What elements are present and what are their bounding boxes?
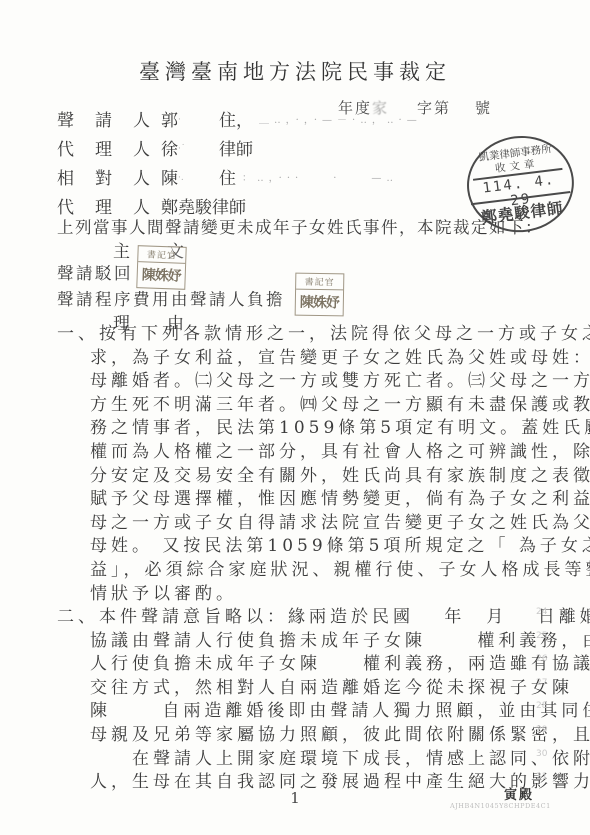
- text-line: 人行使負擔未成年子女陳 權利義務，兩造雖有協議會面: [90, 653, 590, 677]
- text-line: 權而為人格權之一部分，具有社會人格之可辨識性，除與身: [90, 441, 590, 465]
- margin-line-number: 30: [536, 743, 547, 767]
- text-line: 務之情事者，民法第1059條第5項定有明文。蓋姓氏屬姓名: [90, 417, 590, 441]
- party-row-applicant: 聲 請 人 郭· 住， ＿‥，·，·—－·‥，‥·—: [57, 106, 537, 135]
- party-address-label: 住，: [219, 106, 253, 131]
- reason-paragraph-2: 二、本件聲請意旨略以：緣兩造於民國 年 月 日離婚，兩造 協議由聲請人行使負擔未…: [0, 606, 590, 795]
- party-role: 代 理 人: [57, 135, 161, 160]
- text-line: 求，為子女利益，宣告變更子女之姓氏為父姓或母姓：㈠父: [90, 347, 590, 371]
- text-line: 母親及兄弟等家屬協力照顧，彼此間依附關係緊密，且陳: [90, 724, 590, 748]
- clerk-stamp-title: 書記官: [296, 274, 343, 291]
- margin-line-number: 25: [536, 625, 547, 649]
- footer-right-mark: 寅殿: [504, 784, 534, 803]
- page-title: 臺灣臺南地方法院民事裁定: [0, 56, 590, 86]
- margin-line-number: 29: [536, 719, 547, 743]
- redacted-address: ＿‥，·，·—－·‥，‥·—: [259, 111, 422, 126]
- margin-line-number: 27: [536, 672, 547, 696]
- text-line: 二、本件聲請意旨略以：緣兩造於民國 年 月 日離婚，兩造: [57, 606, 590, 630]
- ruling-line-dismissal: 聲請駁回: [57, 260, 133, 284]
- party-address-label: 住: [219, 164, 236, 189]
- text-line: 母之一方或子女自得請求法院宣告變更子女之姓氏為父姓或: [90, 512, 590, 536]
- text-line: 分安定及交易安全有關外，姓氏尚具有家族制度之表徵，故: [90, 465, 590, 489]
- text-line: 陳 自兩造離婚後即由聲請人獨力照顧，並由其同住之父: [90, 700, 590, 724]
- text-line: 一、按有下列各款情形之一，法院得依父母之一方或子女之請: [57, 323, 590, 347]
- clerk-stamp-name: 陳姝妤: [137, 262, 185, 289]
- text-line: 方生死不明滿三年者。㈣父母之一方顯有未盡保護或教養義: [90, 394, 590, 418]
- reason-paragraph-1: 一、按有下列各款情形之一，法院得依父母之一方或子女之請 求，為子女利益，宣告變更…: [0, 323, 590, 606]
- text-line: 協議由聲請人行使負擔未成年子女陳 權利義務，由相對: [90, 630, 590, 654]
- ruling-line-costs: 聲請程序費用由聲請人負擔: [57, 286, 285, 310]
- margin-line-number: 26: [536, 648, 547, 672]
- party-role: 相 對 人: [57, 164, 161, 189]
- text-line: 母離婚者。㈡父母之一方或雙方死亡者。㈢父母之一方或雙: [90, 370, 590, 394]
- party-role: 聲 請 人: [57, 106, 161, 131]
- redaction-mark: ·: [178, 115, 181, 125]
- clerk-stamp: 書記官 陳姝妤: [295, 273, 345, 317]
- margin-line-number: 28: [536, 695, 547, 719]
- party-name: 陳·.: [161, 164, 219, 189]
- lawyer-suffix: 律師: [219, 135, 253, 160]
- margin-line-number: 31: [536, 766, 547, 790]
- text-line: 交往方式，然相對人自兩造離婚迄今從未探視子女陳 ，: [90, 677, 590, 701]
- law-firm-receipt-stamp: 凱業律師事務所 收文章 114. 4. 29 鄭堯駿律師: [461, 130, 580, 239]
- text-line: 母姓。 又按民法第1059條第5項所規定之「 為子女之利: [90, 535, 590, 559]
- margin-line-number: 24: [536, 601, 547, 625]
- party-name: 郭·: [161, 106, 219, 131]
- party-name: 徐·˙: [161, 135, 219, 160]
- clerk-stamp-name: 陳姝妤: [296, 290, 343, 316]
- redaction-mark: ·˙: [178, 144, 185, 154]
- redaction-mark: ·.: [178, 173, 184, 183]
- redacted-address: ：‥，··· · —‥: [242, 169, 398, 184]
- text-line: 益」，必須綜合家庭狀況、親權行使、子女人格成長等整體: [90, 559, 590, 583]
- footer-illegible-code: AJHB4N1045Y8CHPDE4C1: [450, 802, 551, 810]
- court-ruling-scan: 臺灣臺南地方法院民事裁定 年度家字第號 聲 請 人 郭· 住， ＿‥，·，·—－…: [0, 0, 590, 835]
- clerk-stamp-title: 書記官: [138, 246, 186, 264]
- text-line: 情狀予以審酌。: [90, 583, 590, 607]
- text-line: 在聲請人上開家庭環境下成長，情感上認同、依附母方親: [90, 748, 590, 772]
- clerk-stamp: 書記官 陳姝妤: [136, 245, 186, 290]
- text-line: 賦予父母選擇權，惟因應情勢變更，倘有為子女之利益，父: [90, 488, 590, 512]
- margin-line-numbers: 24 25 26 27 28 29 30 31: [536, 601, 547, 790]
